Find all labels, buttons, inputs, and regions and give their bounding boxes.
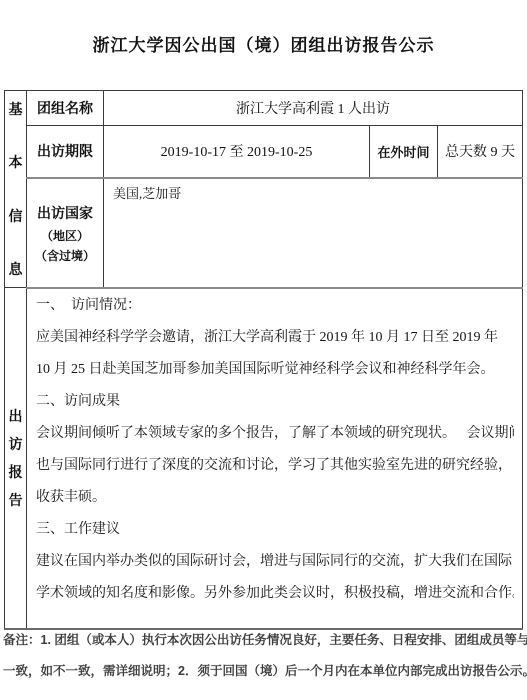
report-line: 会议期间倾听了本领域专家的多个报告，了解了本领域的研究现状。 会议期间 [36,418,514,450]
footnote: 备注：1. 团组（或本人）执行本次因公出访任务情况良好，主要任务、日程安排、团组… [3,625,527,687]
visit-report-section-label: 出 访 报 告 [5,288,27,630]
report-char: 出 [9,406,23,426]
basic-char: 息 [9,259,23,279]
report-char: 告 [9,490,23,510]
countries-value: 美国,芝加哥 [104,178,523,288]
countries-label-line2: （地区） [27,226,103,246]
countries-label-line3: （含过境） [27,246,103,266]
report-line: 二、访问成果 [36,386,514,418]
report-line: 学术领域的知名度和影像。另外参加此类会议时，积极投稿，增进交流和合作。 [36,578,514,610]
footnote-line-2: 一致，如不一致，需详细说明；2．须于回国（境）后一个月内在本单位内部完成出访报告… [3,656,527,687]
group-name-label: 团组名称 [27,91,104,126]
visit-period-label: 出访期限 [27,126,104,178]
page-title: 浙江大学因公出国（境）团组出访报告公示 [0,31,527,56]
basic-char: 本 [9,152,23,172]
report-char: 访 [9,434,23,454]
report-table: 基 本 信 息 团组名称 浙江大学高利霞 1 人出访 出访期限 2019-10-… [4,90,523,630]
report-char: 报 [9,462,23,482]
visit-report-content: 一、 访问情况： 应美国神经科学学会邀请，浙江大学高利霞于 2019 年 10 … [27,288,523,630]
report-line: 建议在国内举办类似的国际研讨会，增进与国际同行的交流，扩大我们在国际 [36,546,514,578]
document-page: 浙江大学因公出国（境）团组出访报告公示 基 本 信 息 团组名称 浙江大学高利霞… [0,0,527,700]
basic-info-vertical-text: 基 本 信 息 [5,91,26,287]
countries-label-line1: 出访国家 [27,200,103,226]
visit-report-vertical-text: 出 访 报 告 [5,288,26,628]
total-days-value: 总天数 9 天 [438,126,523,178]
footnote-line-1: 备注：1. 团组（或本人）执行本次因公出访任务情况良好，主要任务、日程安排、团组… [3,625,527,656]
basic-char: 信 [9,206,23,226]
group-name-value: 浙江大学高利霞 1 人出访 [104,91,523,126]
report-line: 应美国神经科学学会邀请，浙江大学高利霞于 2019 年 10 月 17 日至 2… [36,322,514,354]
countries-label: 出访国家 （地区） （含过境） [27,178,104,288]
time-abroad-label: 在外时间 [370,126,438,178]
report-line: 10 月 25 日赴美国芝加哥参加美国国际听觉神经科学会议和神经科学年会。 [36,354,514,386]
basic-char: 基 [9,99,23,119]
report-line: 也与国际同行进行了深度的交流和讨论，学习了其他实验室先进的研究经验， [36,450,514,482]
report-line: 三、工作建议 [36,514,514,546]
report-line: 一、 访问情况： [36,290,514,322]
visit-period-value: 2019-10-17 至 2019-10-25 [104,126,370,178]
basic-info-section-label: 基 本 信 息 [5,91,27,288]
report-line: 收获丰硕。 [36,482,514,514]
